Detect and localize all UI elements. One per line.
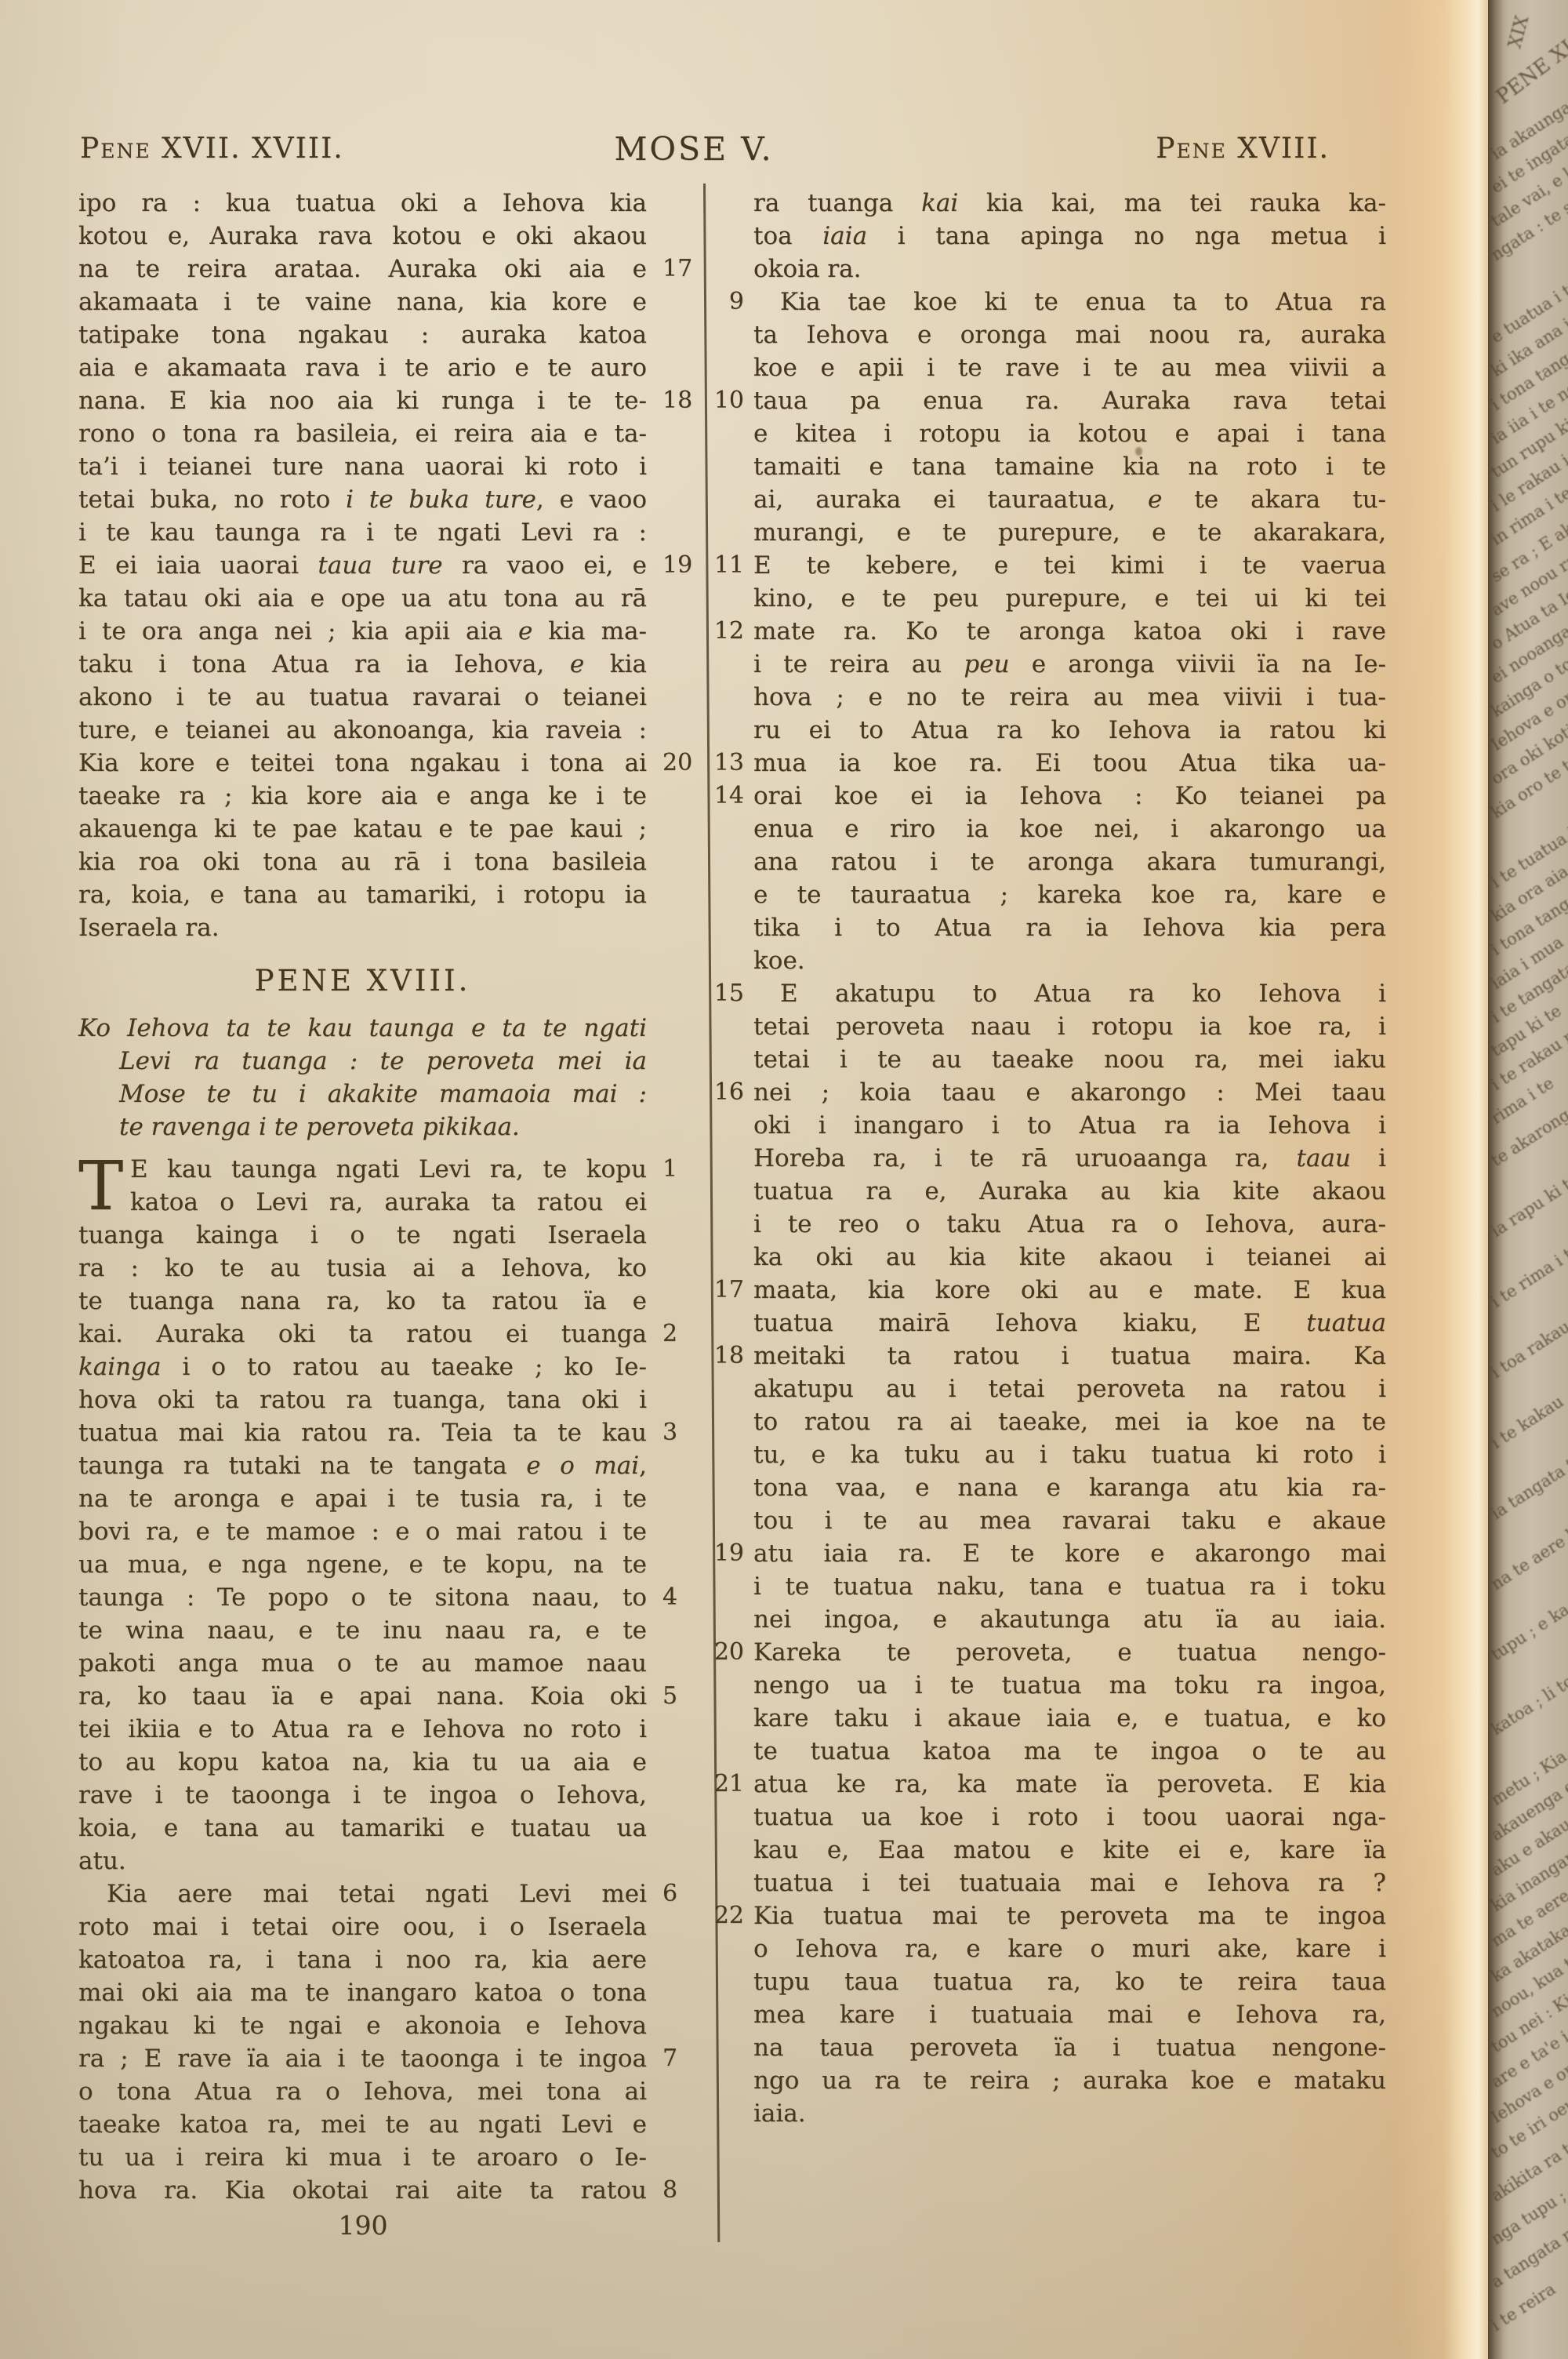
text-line: ra ; E rave ïa aia i te taoonga i te ing…: [78, 2042, 691, 2075]
verse-text: okoia ra.: [753, 253, 1386, 285]
verse-text: ipo ra : kua tuatua oki a Iehova kia: [78, 187, 647, 220]
verse-text: mua ia koe ra. Ei toou Atua tika ua-: [753, 747, 1386, 780]
text-line: i te tuatua naku, tana e tuatua ra i tok…: [708, 1570, 1386, 1603]
verse-text: mate ra. Ko te aronga katoa oki i rave: [753, 615, 1386, 648]
verse-text: o tona Atua ra o Iehova, mei tona ai: [78, 2075, 647, 2108]
verse-text: tuatua ra e, Auraka au kia kite akaou: [753, 1175, 1386, 1208]
verse-text: to ratou ra ai taeake, mei ia koe na te: [753, 1405, 1386, 1438]
verse-text: akono i te au tuatua ravarai o teianei: [78, 681, 647, 714]
paper-speck: [1135, 447, 1142, 456]
verse-text: kau e, Eaa matou e kite ei e, kare ïa: [753, 1834, 1386, 1866]
text-line: te tuanga nana ra, ko ta ratou ïa e: [78, 1285, 691, 1318]
verse-number: [647, 2141, 691, 2174]
verse-text: na te reira arataa. Auraka oki aia e: [78, 253, 647, 285]
text-line: o tona Atua ra o Iehova, mei tona ai: [78, 2075, 691, 2108]
verse-text: tuatua mai kia ratou ra. Teia ta te kau: [78, 1416, 647, 1449]
verse-number: [647, 483, 691, 516]
text-line: ka oki au kia kite akaou i teianei ai: [708, 1241, 1386, 1274]
text-line: i te ora anga nei ; kia apii aia e kia m…: [78, 615, 691, 648]
verse-number: [647, 1252, 691, 1285]
verse-text: orai koe ei ia Iehova : Ko teianei pa: [753, 780, 1386, 812]
verse-text: tupu taua tuatua ra, ko te reira taua: [753, 1965, 1386, 1998]
verse-number: [647, 1383, 691, 1416]
verse-number: 1: [647, 1153, 691, 1219]
italic-phrase: peu: [964, 650, 1009, 678]
text-line: iaia.: [708, 2097, 1386, 2130]
verse-text: i te ora anga nei ; kia apii aia e kia m…: [78, 615, 647, 648]
verse-text: tuatua ua koe i roto i toou uaorai nga-: [753, 1801, 1386, 1834]
text-line: murangi, e te purepure, e te akarakara,: [708, 516, 1386, 549]
verse-number: [708, 944, 753, 977]
verse-number: [708, 878, 753, 911]
text-line: kainga i o to ratou au taeake ; ko Ie-: [78, 1350, 691, 1383]
verse-number: [647, 878, 691, 911]
text-line: rono o tona ra basileia, ei reira aia e …: [78, 417, 691, 450]
text-line: tika i to Atua ra ia Iehova kia pera: [708, 911, 1386, 944]
right-column: ra tuanga kai kia kai, ma tei rauka ka-t…: [708, 187, 1386, 2130]
verse-text: Iseraela ra.: [78, 911, 647, 944]
verse-text: akatupu au i tetai peroveta na ratou i: [753, 1372, 1386, 1405]
text-line: tuatua i tei tuatuaia mai e Iehova ra ?: [708, 1866, 1386, 1899]
verse-text: rono o tona ra basileia, ei reira aia e …: [78, 417, 647, 450]
text-line: ru ei to Atua ra ko Iehova ia ratou ki: [708, 714, 1386, 747]
verse-text: i te kau taunga ra i te ngati Levi ra :: [78, 516, 647, 549]
text-line: 18meitaki ta ratou i tuatua maira. Ka: [708, 1339, 1386, 1372]
verse-number: [647, 615, 691, 648]
verse-number: [708, 253, 753, 285]
verse-text: bovi ra, e te mamoe : e o mai ratou i te: [78, 1515, 647, 1548]
verse-number: 3: [647, 1416, 691, 1449]
verse-number: [708, 1504, 753, 1537]
text-line: te wina naau, e te inu naau ra, e te: [78, 1614, 691, 1647]
verse-number: 16: [708, 1076, 753, 1109]
verse-number: [647, 648, 691, 681]
verse-number: [647, 780, 691, 812]
verse-text: E akatupu to Atua ra ko Iehova i: [753, 977, 1386, 1010]
verse-number: [708, 1866, 753, 1899]
verse-text: toa iaia i tana apinga no nga metua i: [753, 220, 1386, 253]
verse-text: nei ingoa, e akautunga atu ïa au iaia.: [753, 1603, 1386, 1636]
text-line: pakoti anga mua o te au mamoe naau: [78, 1647, 691, 1680]
text-line: to ratou ra ai taeake, mei ia koe na te: [708, 1405, 1386, 1438]
verse-text: ana ratou i te aronga akara tumurangi,: [753, 845, 1386, 878]
text-line: tei ikiia e to Atua ra e Iehova no roto …: [78, 1713, 691, 1746]
text-line: tupu taua tuatua ra, ko te reira taua: [708, 1965, 1386, 1998]
verse-text: kare taku i akaue iaia e, e tuatua, e ko: [753, 1702, 1386, 1735]
verse-text: atu iaia ra. E te kore e akarongo mai: [753, 1537, 1386, 1570]
text-line: 14orai koe ei ia Iehova : Ko teianei pa: [708, 780, 1386, 812]
verse-number: [647, 351, 691, 384]
text-line: oki i inangaro i to Atua ra ia Iehova i: [708, 1109, 1386, 1142]
verse-text: nengo ua i te tuatua ma toku ra ingoa,: [753, 1669, 1386, 1702]
text-line: 9Kia tae koe ki te enua ta to Atua ra: [708, 285, 1386, 318]
left-column: ipo ra : kua tuatua oki a Iehova kiakoto…: [78, 187, 691, 2207]
verse-text: E ei iaia uaorai taua ture ra vaoo ei, e: [78, 549, 647, 582]
verse-text: nana. E kia noo aia ki runga i te te-: [78, 384, 647, 417]
verse-number: [647, 1482, 691, 1515]
verse-number: [708, 1932, 753, 1965]
text-line: nana. E kia noo aia ki runga i te te-18: [78, 384, 691, 417]
verse-number: [708, 1669, 753, 1702]
italic-phrase: iaia: [822, 222, 867, 250]
verse-text: ra : ko te au tusia ai a Iehova, ko: [78, 1252, 647, 1285]
verse-number: [647, 845, 691, 878]
verse-text: iaia.: [753, 2097, 1386, 2130]
verse-number: [708, 845, 753, 878]
text-line: atu.: [78, 1845, 691, 1877]
verse-number: [708, 220, 753, 253]
verse-number: [708, 2097, 753, 2130]
verse-text: ru ei to Atua ra ko Iehova ia ratou ki: [753, 714, 1386, 747]
verse-text: i te reo o taku Atua ra o Iehova, aura-: [753, 1208, 1386, 1241]
text-line: o Iehova ra, e kare o muri ake, kare i: [708, 1932, 1386, 1965]
verse-text: koia, e tana au tamariki e tuatau ua: [78, 1812, 647, 1845]
verse-text: ka tatau oki aia e ope ua atu tona au rā: [78, 582, 647, 615]
text-line: 10taua pa enua ra. Auraka rava tetai: [708, 384, 1386, 417]
text-line: ana ratou i te aronga akara tumurangi,: [708, 845, 1386, 878]
verse-text: ngakau ki te ngai e akonoia e Iehova: [78, 2009, 647, 2042]
verse-text: tuatua i tei tuatuaia mai e Iehova ra ?: [753, 1866, 1386, 1899]
text-line: Kia aere mai tetai ngati Levi mei6: [78, 1877, 691, 1910]
verse-number: [708, 1965, 753, 1998]
verse-number: [647, 812, 691, 845]
verse-number: [708, 1801, 753, 1834]
verse-number: 17: [708, 1274, 753, 1307]
text-line: koe e apii i te rave i te au mea viivii …: [708, 351, 1386, 384]
text-line: ture, e teianei au akonoanga, kia raveia…: [78, 714, 691, 747]
verse-number: 19: [708, 1537, 753, 1570]
verse-number: [708, 1702, 753, 1735]
verse-number: [708, 2064, 753, 2097]
verse-number: [647, 318, 691, 351]
text-line: i te kau taunga ra i te ngati Levi ra :: [78, 516, 691, 549]
text-line: hova ; e no te reira au mea viivii i tua…: [708, 681, 1386, 714]
text-line: tetai buka, no roto i te buka ture, e va…: [78, 483, 691, 516]
text-line: te tuatua katoa ma te ingoa o te au: [708, 1735, 1386, 1768]
verse-text: ka oki au kia kite akaou i teianei ai: [753, 1241, 1386, 1274]
verse-text: to au kopu katoa na, kia tu ua aia e: [78, 1746, 647, 1779]
verse-number: [647, 1078, 691, 1110]
text-line: ra tuanga kai kia kai, ma tei rauka ka-: [708, 187, 1386, 220]
verse-text: ture, e teianei au akonoanga, kia raveia…: [78, 714, 647, 747]
text-line: bovi ra, e te mamoe : e o mai ratou i te: [78, 1515, 691, 1548]
text-line: hova ra. Kia okotai rai aite ta ratou8: [78, 2174, 691, 2207]
verse-number: 7: [647, 2042, 691, 2075]
verse-text: hova ra. Kia okotai rai aite ta ratou: [78, 2174, 647, 2207]
text-line: to au kopu katoa na, kia tu ua aia e: [78, 1746, 691, 1779]
next-page-text-fragment: katoa ; li to ai: [1488, 1660, 1568, 1739]
next-page-text-fragment: i toa rakau: [1488, 1317, 1568, 1382]
verse-text: tou i te au mea ravarai taku e akaue: [753, 1504, 1386, 1537]
verse-text: koe e apii i te rave i te au mea viivii …: [753, 351, 1386, 384]
verse-text: akamaata i te vaine nana, kia kore e: [78, 285, 647, 318]
text-line: akamaata i te vaine nana, kia kore e: [78, 285, 691, 318]
verse-number: [708, 1307, 753, 1339]
verse-text: i te tuatua naku, tana e tuatua ra i tok…: [753, 1570, 1386, 1603]
verse-number: 15: [708, 977, 753, 1010]
text-line: tu, e ka tuku au i taku tuatua ki roto i: [708, 1438, 1386, 1471]
verse-number: [708, 1241, 753, 1274]
text-line: hova oki ta ratou ra tuanga, tana oki i: [78, 1383, 691, 1416]
verse-text: ra ; E rave ïa aia i te taoonga i te ing…: [78, 2042, 647, 2075]
verse-number: 12: [708, 615, 753, 648]
text-line: tu ua i reira ki mua i te aroaro o Ie-: [78, 2141, 691, 2174]
text-line: tatipake tona ngakau : auraka katoa: [78, 318, 691, 351]
verse-text: taua pa enua ra. Auraka rava tetai: [753, 384, 1386, 417]
verse-number: [708, 516, 753, 549]
italic-phrase: tuatua: [1306, 1309, 1386, 1337]
text-line: toa iaia i tana apinga no nga metua i: [708, 220, 1386, 253]
verse-text: tetai peroveta naau i rotopu ia koe ra, …: [753, 1010, 1386, 1043]
verse-number: [708, 351, 753, 384]
verse-text: tu, e ka tuku au i taku tuatua ki roto i: [753, 1438, 1386, 1471]
text-line: aia e akamaata rava i te ario e te auro: [78, 351, 691, 384]
text-line: mea kare i tuatuaia mai e Iehova ra,: [708, 1998, 1386, 2031]
verse-number: 11: [708, 549, 753, 582]
verse-text: Kia aere mai tetai ngati Levi mei: [78, 1877, 647, 1910]
verse-number: [647, 516, 691, 549]
text-line: kia roa oki tona au rā i tona basileia: [78, 845, 691, 878]
text-line: tuatua ua koe i roto i toou uaorai nga-: [708, 1801, 1386, 1834]
text-line: ra : ko te au tusia ai a Iehova, ko: [78, 1252, 691, 1285]
book-page: Pene XVII. XVIII. MOSE V. Pene XVIII. ip…: [0, 0, 1568, 2359]
verse-text: ngo ua ra te reira ; auraka koe e mataku: [753, 2064, 1386, 2097]
text-line: 12mate ra. Ko te aronga katoa oki i rave: [708, 615, 1386, 648]
text-line: Mose te tu i akakite mamaoia mai :: [78, 1078, 691, 1110]
text-line: nei ingoa, e akautunga atu ïa au iaia.: [708, 1603, 1386, 1636]
text-line: ngo ua ra te reira ; auraka koe e mataku: [708, 2064, 1386, 2097]
text-line: Iseraela ra.: [78, 911, 691, 944]
next-page-text-fragment: i te kakau: [1488, 1392, 1567, 1452]
verse-text: te tuatua katoa ma te ingoa o te au: [753, 1735, 1386, 1768]
verse-number: [708, 681, 753, 714]
verse-text: na taua peroveta ïa i tuatua nengone-: [753, 2031, 1386, 2064]
text-line: tuanga kainga i o te ngati Iseraela: [78, 1219, 691, 1252]
text-line: 15E akatupu to Atua ra ko Iehova i: [708, 977, 1386, 1010]
italic-phrase: e o mai: [526, 1452, 639, 1480]
verse-number: [647, 1910, 691, 1943]
verse-text: atua ke ra, ka mate ïa peroveta. E kia: [753, 1768, 1386, 1801]
text-line: koia, e tana au tamariki e tuatau ua: [78, 1812, 691, 1845]
text-line: mai oki aia ma te inangaro katoa o tona: [78, 1976, 691, 2009]
text-line: ta’i i teianei ture nana uaorai ki roto …: [78, 450, 691, 483]
text-line: ngakau ki te ngai e akonoia e Iehova: [78, 2009, 691, 2042]
text-line: 16nei ; koia taau e akarongo : Mei taau: [708, 1076, 1386, 1109]
verse-number: [647, 1350, 691, 1383]
verse-number: [647, 1285, 691, 1318]
verse-text: tetai i te au taeake noou ra, mei iaku: [753, 1043, 1386, 1076]
text-line: ai, auraka ei tauraatua, e te akara tu-: [708, 483, 1386, 516]
verse-number: [647, 1713, 691, 1746]
verse-text: na te aronga e apai i te tusia ra, i te: [78, 1482, 647, 1515]
verse-number: 18: [647, 384, 691, 417]
verse-number: 20: [647, 747, 691, 780]
verse-number: [647, 681, 691, 714]
text-line: 19atu iaia ra. E te kore e akarongo mai: [708, 1537, 1386, 1570]
verse-number: [647, 582, 691, 615]
verse-number: [647, 1779, 691, 1812]
verse-text: kino, e te peu purepure, e tei ui ki tei: [753, 582, 1386, 615]
text-line: na taua peroveta ïa i tuatua nengone-: [708, 2031, 1386, 2064]
verse-number: [708, 1998, 753, 2031]
italic-phrase: e: [570, 650, 584, 678]
verse-number: [647, 220, 691, 253]
verse-text: murangi, e te purepure, e te akarakara,: [753, 516, 1386, 549]
verse-text: kotou e, Auraka rava kotou e oki akaou: [78, 220, 647, 253]
text-line: koe.: [708, 944, 1386, 977]
chapter-heading: PENE XVIII.: [78, 963, 647, 999]
text-line: taunga ra tutaki na te tangata e o mai,: [78, 1449, 691, 1482]
verse-number: [647, 1515, 691, 1548]
text-line: taeake ra ; kia kore aia e anga ke i te: [78, 780, 691, 812]
verse-number: [647, 1045, 691, 1078]
verse-text: tatipake tona ngakau : auraka katoa: [78, 318, 647, 351]
verse-text: Kia kore e teitei tona ngakau i tona ai: [78, 747, 647, 780]
verse-number: [708, 187, 753, 220]
verse-text: kainga i o to ratou au taeake ; ko Ie-: [78, 1350, 647, 1383]
next-page-text-fragment: na te aere ki: [1488, 1521, 1568, 1594]
verse-number: [708, 1570, 753, 1603]
text-line: i te reo o taku Atua ra o Iehova, aura-: [708, 1208, 1386, 1241]
verse-number: [647, 1746, 691, 1779]
verse-text: atu.: [78, 1845, 647, 1877]
verse-number: 13: [708, 747, 753, 780]
verse-number: [708, 1010, 753, 1043]
verse-text: nei ; koia taau e akarongo : Mei taau: [753, 1076, 1386, 1109]
text-line: na te aronga e apai i te tusia ra, i te: [78, 1482, 691, 1515]
verse-text: pakoti anga mua o te au mamoe naau: [78, 1647, 647, 1680]
verse-text: te tuanga nana ra, ko ta ratou ïa e: [78, 1285, 647, 1318]
verse-text: ua mua, e nga ngene, e te kopu, na te: [78, 1548, 647, 1581]
verse-number: [708, 911, 753, 944]
verse-number: 4: [647, 1581, 691, 1614]
verse-text: mea kare i tuatuaia mai e Iehova ra,: [753, 1998, 1386, 2031]
text-line: 13mua ia koe ra. Ei toou Atua tika ua-: [708, 747, 1386, 780]
verse-text: rave i te taoonga i te ingoa o Iehova,: [78, 1779, 647, 1812]
verse-text: ra, ko taau ïa e apai nana. Koia oki: [78, 1680, 647, 1713]
verse-number: [647, 1012, 691, 1045]
italic-phrase: e: [518, 617, 532, 645]
verse-number: 22: [708, 1899, 753, 1932]
text-line: enua e riro ia koe nei, i akarongo ua: [708, 812, 1386, 845]
verse-number: 8: [647, 2174, 691, 2207]
verse-number: [708, 812, 753, 845]
text-line: e te tauraatua ; kareka koe ra, kare e: [708, 878, 1386, 911]
text-line: Levi ra tuanga : te peroveta mei ia: [78, 1045, 691, 1078]
verse-number: [708, 714, 753, 747]
text-line: tuatua mairā Iehova kiaku, E tuatua: [708, 1307, 1386, 1339]
text-line: ra, ko taau ïa e apai nana. Koia oki5: [78, 1680, 691, 1713]
verse-text: akauenga ki te pae katau e te pae kaui ;: [78, 812, 647, 845]
verse-text: Levi ra tuanga : te peroveta mei ia: [78, 1045, 647, 1078]
verse-number: [708, 1372, 753, 1405]
verse-text: tei ikiia e to Atua ra e Iehova no roto …: [78, 1713, 647, 1746]
drop-cap-lines: E kau taunga ngati Levi ra, te kopukatoa…: [130, 1153, 647, 1219]
verse-number: [647, 1647, 691, 1680]
verse-number: [708, 1109, 753, 1142]
verse-text: te wina naau, e te inu naau ra, e te: [78, 1614, 647, 1647]
verse-text: tu ua i reira ki mua i te aroaro o Ie-: [78, 2141, 647, 2174]
verse-text: kai. Auraka oki ta ratou ei tuanga: [78, 1318, 647, 1350]
text-line: tetai peroveta naau i rotopu ia koe ra, …: [708, 1010, 1386, 1043]
verse-number: [708, 1043, 753, 1076]
verse-number: [708, 1834, 753, 1866]
text-line: tona vaa, e nana e karanga atu kia ra-: [708, 1471, 1386, 1504]
verse-number: [708, 1208, 753, 1241]
verse-number: 5: [647, 1680, 691, 1713]
verse-number: 6: [647, 1877, 691, 1910]
verse-text: roto mai i tetai oire oou, i o Iseraela: [78, 1910, 647, 1943]
verse-number: [708, 450, 753, 483]
verse-text: koe.: [753, 944, 1386, 977]
verse-number: [647, 1548, 691, 1581]
text-line: tuatua ra e, Auraka au kia kite akaou: [708, 1175, 1386, 1208]
verse-number: [647, 1614, 691, 1647]
text-line: taku i tona Atua ra ia Iehova, e kia: [78, 648, 691, 681]
verse-number: [647, 911, 691, 944]
text-line: kino, e te peu purepure, e tei ui ki tei: [708, 582, 1386, 615]
verse-text: taeake ra ; kia kore aia e anga ke i te: [78, 780, 647, 812]
verse-text: tetai buka, no roto i te buka ture, e va…: [78, 483, 647, 516]
next-page-text-fragment: PENE XI: [1492, 36, 1568, 109]
verse-text: tuanga kainga i o te ngati Iseraela: [78, 1219, 647, 1252]
verse-text: e kitea i rotopu ia kotou e apai i tana: [753, 417, 1386, 450]
verse-text: tamaiti e tana tamaine kia na roto i te: [753, 450, 1386, 483]
verse-number: [647, 285, 691, 318]
verse-number: [708, 318, 753, 351]
verse-number: [647, 1845, 691, 1877]
verse-number: [647, 187, 691, 220]
text-line: akauenga ki te pae katau e te pae kaui ;: [78, 812, 691, 845]
drop-cap-paragraph: TE kau taunga ngati Levi ra, te kopukato…: [78, 1153, 691, 1219]
verse-number: 2: [647, 1318, 691, 1350]
verse-number: 14: [708, 780, 753, 812]
page-fore-edge: [1444, 0, 1488, 2359]
verse-text: taunga ra tutaki na te tangata e o mai,: [78, 1449, 647, 1482]
verse-number: [647, 1812, 691, 1845]
verse-text: Mose te tu i akakite mamaoia mai :: [78, 1078, 647, 1110]
next-page-text-fragment: i te rima i te: [1488, 1240, 1568, 1312]
italic-phrase: i te buka ture: [346, 485, 536, 514]
verse-text: kia roa oki tona au rā i tona basileia: [78, 845, 647, 878]
verse-text: taeake katoa ra, mei te au ngati Levi e: [78, 2108, 647, 2141]
text-line: te ravenga i te peroveta pikikaa.: [78, 1110, 691, 1143]
text-line: ta Iehova e oronga mai noou ra, auraka: [708, 318, 1386, 351]
verse-number: [708, 2031, 753, 2064]
verse-text: hova ; e no te reira au mea viivii i tua…: [753, 681, 1386, 714]
verse-number: [647, 1943, 691, 1976]
text-line: 17maata, kia kore oki au e mate. E kua: [708, 1274, 1386, 1307]
verse-number: [708, 1438, 753, 1471]
verse-number: 19: [647, 549, 691, 582]
verse-text: Ko Iehova ta te kau taunga e ta te ngati: [78, 1012, 647, 1045]
verse-text: tuatua mairā Iehova kiaku, E tuatua: [753, 1307, 1386, 1339]
text-line: 11E te kebere, e tei kimi i te vaerua: [708, 549, 1386, 582]
verse-text: Kia tuatua mai te peroveta ma te ingoa: [753, 1899, 1386, 1932]
text-line: ra, koia, e tana au tamariki, i rotopu i…: [78, 878, 691, 911]
verse-number: 18: [708, 1339, 753, 1372]
next-page-text-fragment: ia tangata tup: [1488, 1444, 1568, 1524]
text-line: rave i te taoonga i te ingoa o Iehova,: [78, 1779, 691, 1812]
text-line: 21atua ke ra, ka mate ïa peroveta. E kia: [708, 1768, 1386, 1801]
verse-text: oki i inangaro i to Atua ra ia Iehova i: [753, 1109, 1386, 1142]
text-line: i te reira au peu e aronga viivii ïa na …: [708, 648, 1386, 681]
verse-text: E te kebere, e tei kimi i te vaerua: [753, 549, 1386, 582]
verse-text: ra tuanga kai kia kai, ma tei rauka ka-: [753, 187, 1386, 220]
text-line: kotou e, Auraka rava kotou e oki akaou: [78, 220, 691, 253]
verse-text: E kau taunga ngati Levi ra, te kopu: [130, 1153, 647, 1186]
verse-text: ta’i i teianei ture nana uaorai ki roto …: [78, 450, 647, 483]
